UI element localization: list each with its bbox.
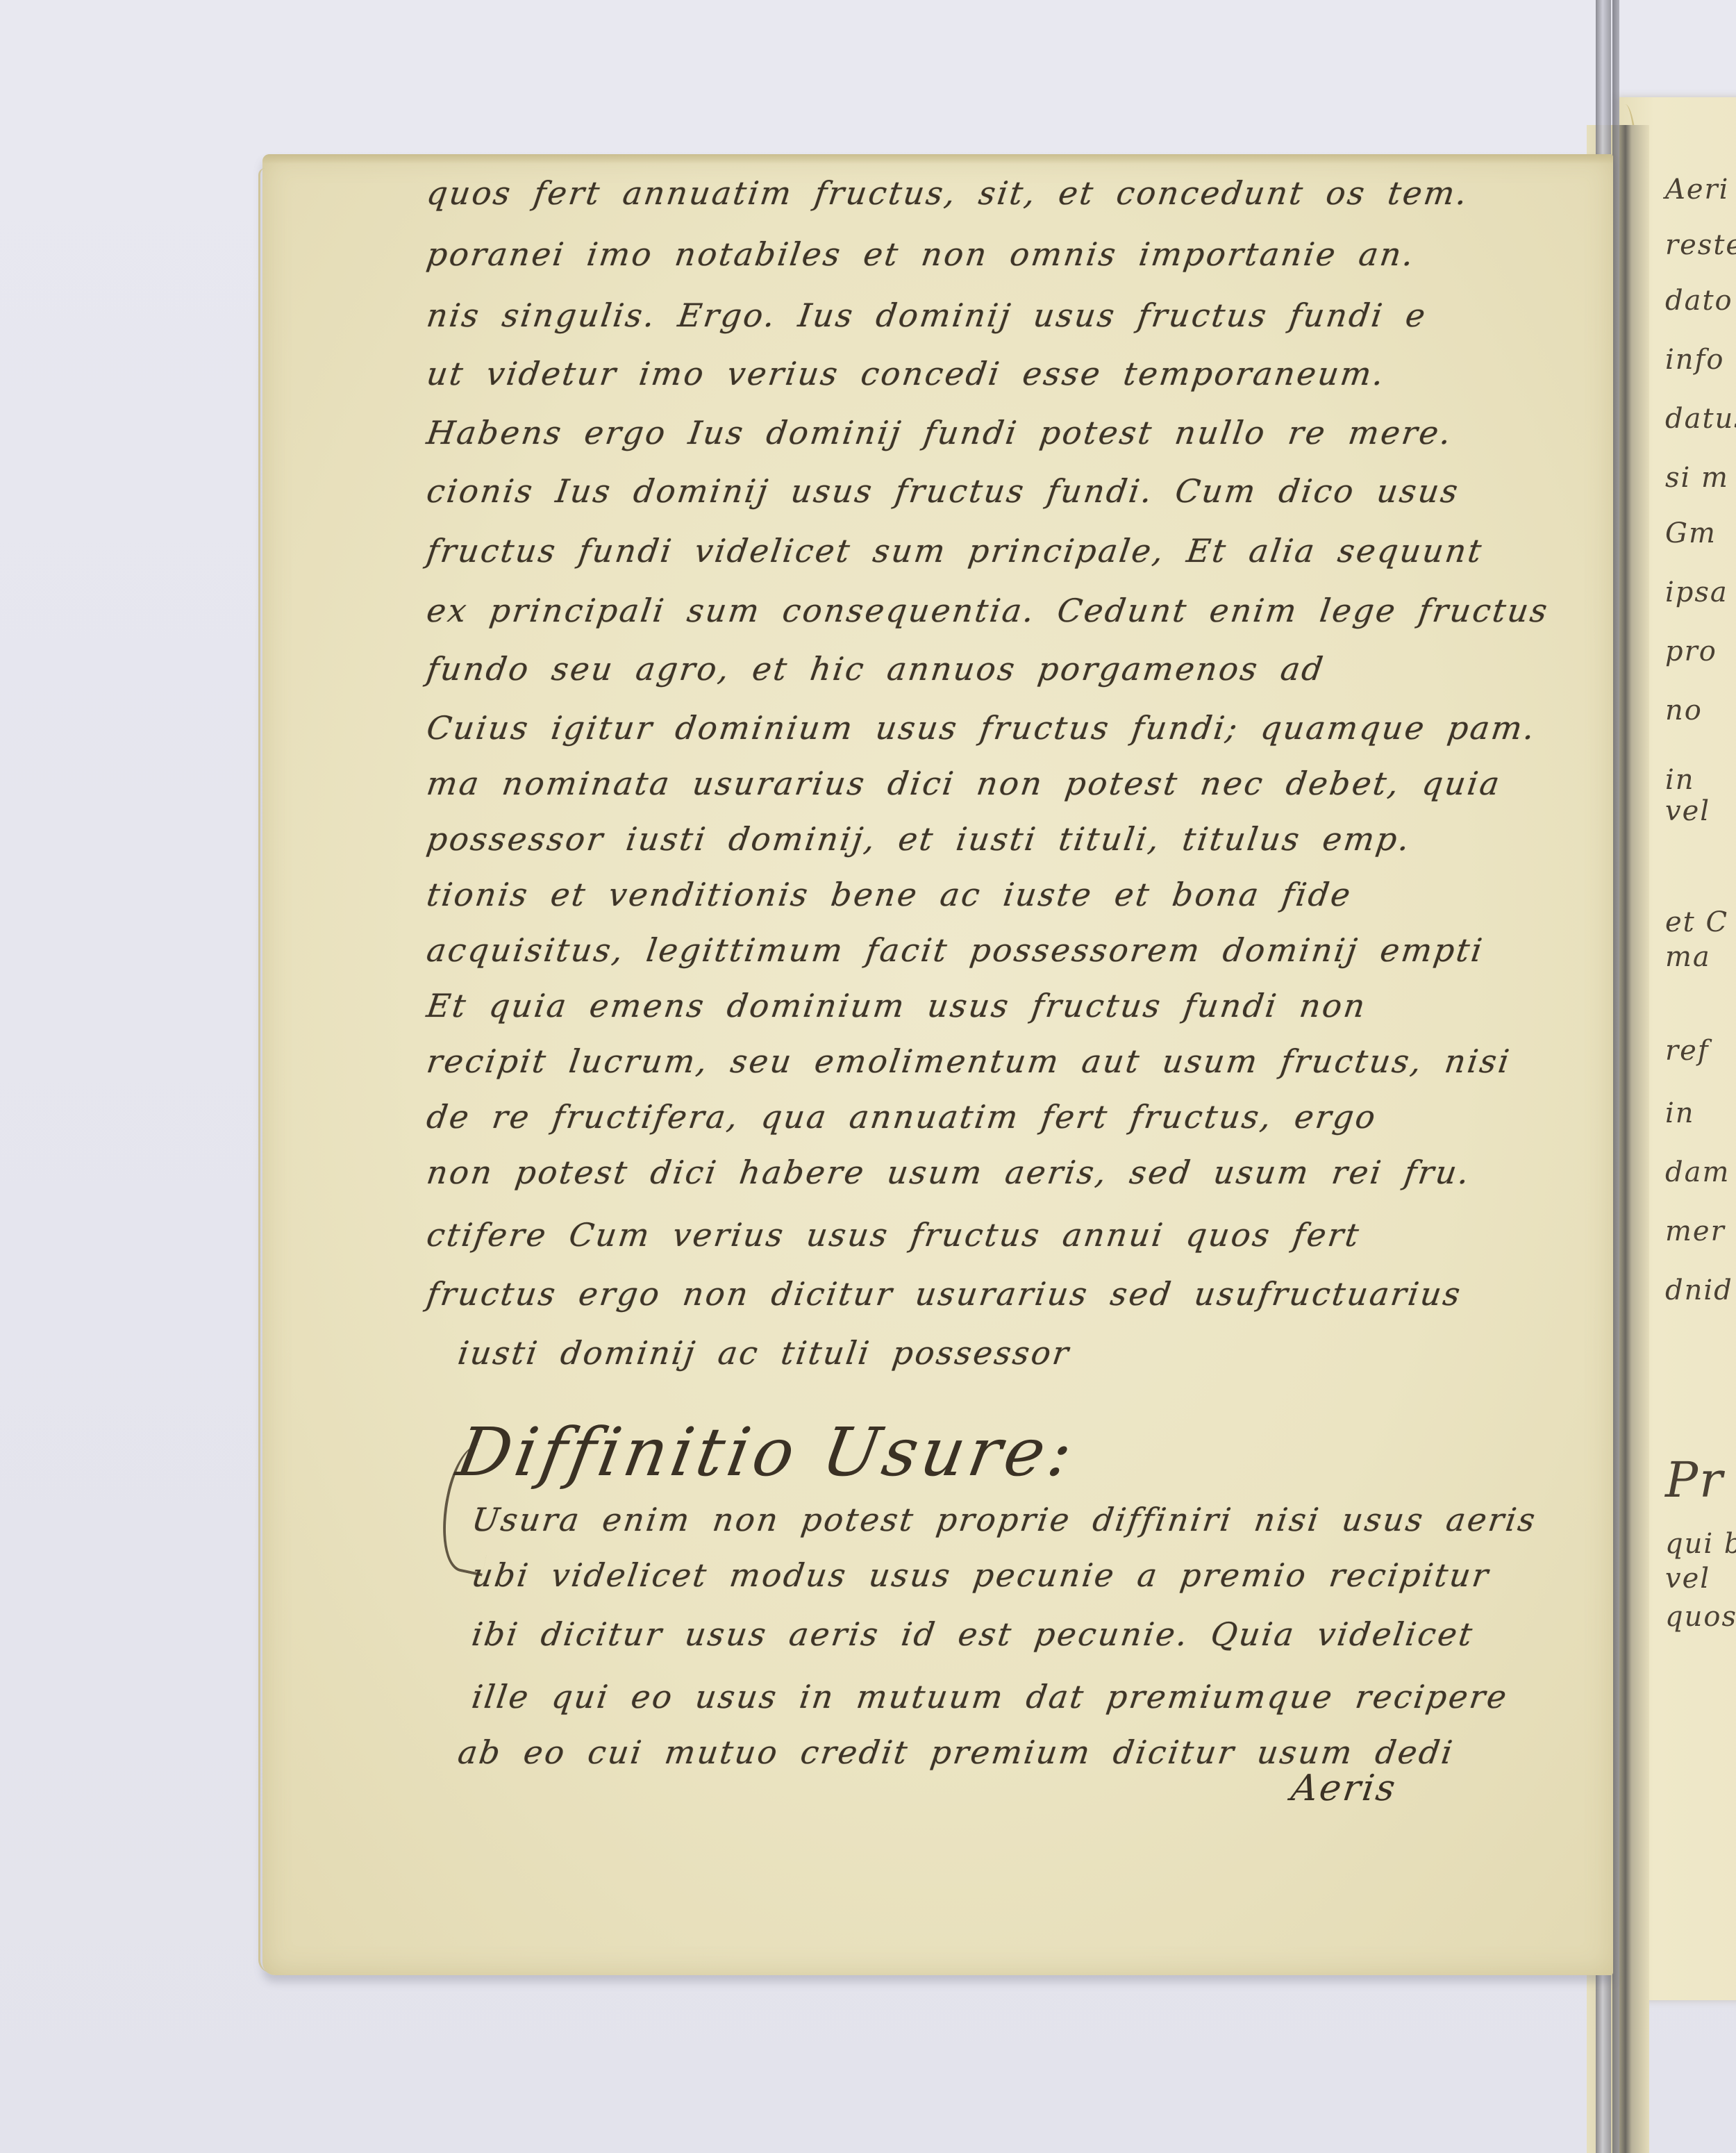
right-fragment: dnid [1665, 1274, 1733, 1306]
right-fragment: vel [1665, 1563, 1710, 1595]
right-fragment: qui b [1665, 1528, 1736, 1560]
right-fragment: pro [1665, 635, 1717, 667]
right-fragment: dam [1665, 1156, 1730, 1188]
right-fragment: mer [1665, 1215, 1726, 1247]
right-fragment: dato [1665, 285, 1733, 317]
right-fragment: in [1665, 1097, 1695, 1129]
right-fragment: ma [1665, 941, 1711, 973]
right-fragment: reste [1665, 229, 1736, 261]
right-fragment: et C [1665, 906, 1728, 938]
right-page-text: Aeri reste dato info datus si m Gm ipsa … [0, 0, 1736, 2153]
right-heading-fragment: Pr [1665, 1452, 1724, 1508]
right-fragment: in [1665, 764, 1695, 796]
right-fragment: ipsa [1665, 576, 1728, 608]
right-fragment: datus [1665, 403, 1736, 435]
right-fragment: Gm [1665, 517, 1717, 549]
right-fragment: no [1665, 695, 1703, 726]
right-fragment: si m [1665, 462, 1729, 494]
right-fragment: vel [1665, 795, 1710, 827]
right-fragment: quos [1665, 1601, 1736, 1633]
right-fragment: Aeri [1665, 174, 1729, 206]
right-fragment: ref [1665, 1035, 1710, 1067]
right-fragment: info [1665, 344, 1724, 376]
